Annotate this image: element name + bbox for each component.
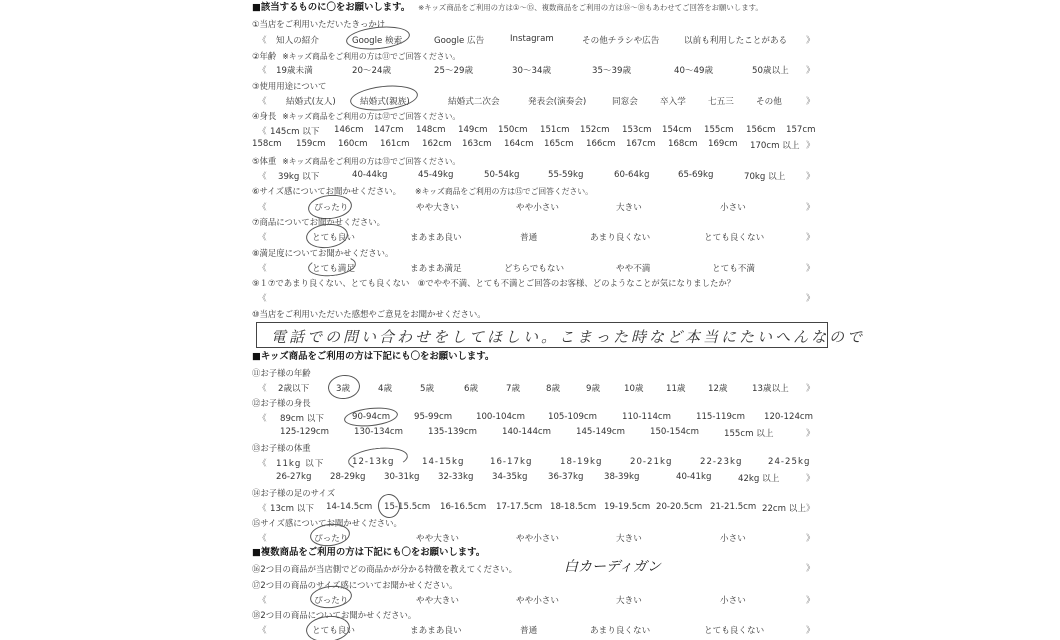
- q4-option[interactable]: 150cm: [498, 125, 528, 135]
- q6-option[interactable]: やや大きい: [416, 201, 459, 213]
- q12-label: ⑫お子様の身長: [252, 397, 311, 409]
- q18-option[interactable]: あまり良くない: [590, 624, 650, 636]
- q17-option[interactable]: やや大きい: [416, 594, 459, 606]
- q11-option[interactable]: 7歳: [506, 382, 520, 394]
- q4-option[interactable]: 158cm: [252, 139, 282, 149]
- q12-option[interactable]: 140-144cm: [502, 427, 551, 437]
- q5-option[interactable]: 40-44kg: [352, 170, 387, 180]
- bracket-close: 》: [806, 427, 815, 439]
- selection-circle: [327, 373, 361, 400]
- q12-option[interactable]: 89cm 以下: [280, 412, 324, 424]
- q3-option[interactable]: 結婚式(友人): [286, 95, 336, 107]
- q4-option[interactable]: 156cm: [746, 125, 776, 135]
- q3-option[interactable]: 同窓会: [612, 95, 638, 107]
- q4-note: ※キッズ商品をご利用の方は⑫でご回答ください。: [282, 112, 460, 121]
- q11-option[interactable]: 9歳: [586, 382, 600, 394]
- q3-label: ③使用用途について: [252, 80, 326, 92]
- q13-label: ⑬お子様の体重: [252, 442, 311, 454]
- q13-option[interactable]: 34-35kg: [492, 472, 527, 482]
- q13-option[interactable]: 26-27kg: [276, 472, 311, 482]
- q15-option[interactable]: やや大きい: [416, 532, 459, 544]
- q13-option[interactable]: 16-17kg: [490, 457, 532, 467]
- q5-option[interactable]: 70kg 以上: [744, 170, 785, 182]
- q6-option[interactable]: 大きい: [616, 201, 642, 213]
- q12-option[interactable]: 105-109cm: [548, 412, 597, 422]
- q3-option[interactable]: その他: [756, 95, 782, 107]
- q18-option[interactable]: 普通: [520, 624, 537, 636]
- q13-option[interactable]: 11kg 以下: [276, 457, 324, 469]
- q12-option[interactable]: 145-149cm: [576, 427, 625, 437]
- q4-option[interactable]: 154cm: [662, 125, 692, 135]
- q14-option[interactable]: 22cm 以上: [762, 502, 806, 514]
- q4-option[interactable]: 152cm: [580, 125, 610, 135]
- q2-title: ②年齢: [252, 51, 276, 61]
- q11-option[interactable]: 10歳: [624, 382, 644, 394]
- q4-option[interactable]: 148cm: [416, 125, 446, 135]
- q2-note: ※キッズ商品をご利用の方は⑪でご回答ください。: [282, 52, 460, 61]
- q13-options-row1: 《 11kg 以下 12-13kg 14-15kg 16-17kg 18-19k…: [252, 457, 814, 469]
- q4-option[interactable]: 162cm: [422, 139, 452, 149]
- q5-option[interactable]: 55-59kg: [548, 170, 583, 180]
- q4-option[interactable]: 163cm: [462, 139, 492, 149]
- q4-label: ④身長※キッズ商品をご利用の方は⑫でご回答ください。: [252, 110, 460, 123]
- q4-option[interactable]: 169cm: [708, 139, 738, 149]
- q4-options-row2: 158cm 159cm 160cm 161cm 162cm 163cm 164c…: [252, 139, 814, 151]
- q1-options: 《 知人の紹介 Google 検索 Google 広告 Instagram その…: [252, 34, 814, 46]
- bracket-open: 《: [258, 412, 267, 424]
- bracket-close: 》: [806, 201, 815, 213]
- q6-note: ※キッズ商品をご利用の方は⑮でご回答ください。: [415, 187, 593, 196]
- bracket-close: 》: [806, 624, 815, 636]
- bracket-close: 》: [806, 594, 815, 606]
- q13-option[interactable]: 40-41kg: [676, 472, 711, 482]
- selection-circle: [343, 405, 399, 429]
- q7-option[interactable]: あまり良くない: [590, 231, 650, 243]
- kids-section-header: ■キッズ商品をご利用の方は下記にも〇をお願いします。: [252, 351, 494, 363]
- q13-option[interactable]: 38-39kg: [604, 472, 639, 482]
- q2-option[interactable]: 35〜39歳: [592, 64, 631, 76]
- q5-option[interactable]: 50-54kg: [484, 170, 519, 180]
- q14-label: ⑭お子様の足のサイズ: [252, 487, 335, 499]
- bracket-close: 》: [806, 563, 815, 575]
- q13-option[interactable]: 22-23kg: [700, 457, 742, 467]
- q16-label: ⑯2つ目の商品が当店側でどの商品かが分かる特徴を教えてください。: [252, 563, 517, 575]
- q11-option[interactable]: 6歳: [464, 382, 478, 394]
- q14-option[interactable]: 18-18.5cm: [550, 502, 596, 512]
- q4-option[interactable]: 164cm: [504, 139, 534, 149]
- q17-option[interactable]: やや小さい: [516, 594, 559, 606]
- q15-option[interactable]: 大きい: [616, 532, 642, 544]
- q4-title: ④身長: [252, 111, 276, 121]
- bracket-open: 《: [258, 292, 267, 304]
- bracket-open: 《: [258, 624, 267, 636]
- q11-label: ⑪お子様の年齢: [252, 367, 311, 379]
- bracket-close: 》: [806, 532, 815, 544]
- survey-sheet: ■該当するものに〇をお願いします。※キッズ商品をご利用の方は①〜⑮、複数商品をご…: [252, 0, 832, 640]
- q14-options: 《 13cm 以下 14-14.5cm 15-15.5cm 16-16.5cm …: [252, 502, 814, 514]
- q14-option[interactable]: 20-20.5cm: [656, 502, 702, 512]
- q7-option[interactable]: とても良くない: [704, 231, 764, 243]
- q14-option[interactable]: 19-19.5cm: [604, 502, 650, 512]
- q8-option[interactable]: とても不満: [712, 262, 755, 274]
- q1-option[interactable]: 知人の紹介: [276, 34, 319, 46]
- bracket-open: 《: [258, 201, 267, 213]
- q4-option[interactable]: 153cm: [622, 125, 652, 135]
- bracket-open: 《: [258, 34, 267, 46]
- q17-option[interactable]: 小さい: [720, 594, 746, 606]
- bracket-open: 《: [258, 532, 267, 544]
- q4-option[interactable]: 159cm: [296, 139, 326, 149]
- q2-option[interactable]: 25〜29歳: [434, 64, 473, 76]
- q11-option[interactable]: 2歳以下: [278, 382, 309, 394]
- q11-option[interactable]: 13歳以上: [752, 382, 789, 394]
- q11-option[interactable]: 12歳: [708, 382, 728, 394]
- q11-option[interactable]: 8歳: [546, 382, 560, 394]
- q14-option[interactable]: 17-17.5cm: [496, 502, 542, 512]
- q1-option[interactable]: Google 広告: [434, 34, 484, 46]
- q12-option[interactable]: 115-119cm: [696, 412, 745, 422]
- q13-option[interactable]: 18-19kg: [560, 457, 602, 467]
- q12-option[interactable]: 135-139cm: [428, 427, 477, 437]
- q15-option[interactable]: 小さい: [720, 532, 746, 544]
- bracket-open: 《: [258, 502, 267, 514]
- q12-options-row1: 《 89cm 以下 90-94cm 95-99cm 100-104cm 105-…: [252, 412, 814, 424]
- bracket-close: 》: [806, 262, 815, 274]
- q13-option[interactable]: 36-37kg: [548, 472, 583, 482]
- q10-answer-box[interactable]: 電話での問い合わせをしてほしい。こまった時など本当にたいへんなので: [256, 322, 828, 348]
- q4-option[interactable]: 155cm: [704, 125, 734, 135]
- q4-option[interactable]: 147cm: [374, 125, 404, 135]
- bracket-close: 》: [806, 95, 815, 107]
- q2-label: ②年齢※キッズ商品をご利用の方は⑪でご回答ください。: [252, 50, 460, 63]
- q11-option[interactable]: 4歳: [378, 382, 392, 394]
- q3-option[interactable]: 七五三: [708, 95, 734, 107]
- q8-option[interactable]: どちらでもない: [504, 262, 564, 274]
- q4-option[interactable]: 146cm: [334, 125, 364, 135]
- q13-options-row2: 26-27kg 28-29kg 30-31kg 32-33kg 34-35kg …: [252, 472, 814, 484]
- q13-option[interactable]: 20-21kg: [630, 457, 672, 467]
- q13-option[interactable]: 14-15kg: [422, 457, 464, 467]
- q3-option[interactable]: 結婚式二次会: [448, 95, 500, 107]
- q10-handwritten-answer: 電話での問い合わせをしてほしい。こまった時など本当にたいへんなので: [271, 326, 865, 347]
- q11-option[interactable]: 5歳: [420, 382, 434, 394]
- q17-option[interactable]: 大きい: [616, 594, 642, 606]
- q5-option[interactable]: 45-49kg: [418, 170, 453, 180]
- q4-option[interactable]: 170cm 以上: [750, 139, 799, 151]
- q5-option[interactable]: 60-64kg: [614, 170, 649, 180]
- q2-option[interactable]: 40〜49歳: [674, 64, 713, 76]
- q4-options-row1: 《 145cm 以下 146cm 147cm 148cm 149cm 150cm…: [252, 125, 814, 137]
- q4-option[interactable]: 166cm: [586, 139, 616, 149]
- bracket-close: 》: [806, 382, 815, 394]
- q3-option[interactable]: 発表会(演奏会): [528, 95, 586, 107]
- q4-option[interactable]: 167cm: [626, 139, 656, 149]
- q1-option[interactable]: 以前も利用したことがある: [684, 34, 787, 46]
- bracket-open: 《: [258, 125, 267, 137]
- q2-options: 《 19歳未満 20〜24歳 25〜29歳 30〜34歳 35〜39歳 40〜4…: [252, 64, 814, 76]
- q16-handwritten-answer[interactable]: 白カーディガン: [564, 556, 661, 576]
- bracket-close: 》: [806, 139, 815, 151]
- q8-option[interactable]: まあまあ満足: [410, 262, 462, 274]
- bracket-open: 《: [258, 170, 267, 182]
- bracket-open: 《: [258, 64, 267, 76]
- q4-option[interactable]: 168cm: [668, 139, 698, 149]
- q12-option[interactable]: 150-154cm: [650, 427, 699, 437]
- q11-option[interactable]: 11歳: [666, 382, 686, 394]
- q17-label: ⑰2つ目の商品のサイズ感についてお聞かせください。: [252, 579, 458, 591]
- q13-option[interactable]: 24-25kg: [768, 457, 810, 467]
- q18-option[interactable]: まあまあ良い: [410, 624, 462, 636]
- q5-note: ※キッズ商品をご利用の方は⑬でご回答ください。: [282, 157, 460, 166]
- bracket-close: 》: [806, 472, 815, 484]
- q14-option[interactable]: 13cm 以下: [270, 502, 314, 514]
- q4-option[interactable]: 145cm 以下: [270, 125, 319, 137]
- multi-section-header: ■複数商品をご利用の方は下記にも〇をお願いします。: [252, 547, 485, 559]
- q4-option[interactable]: 165cm: [544, 139, 574, 149]
- bracket-open: 《: [258, 231, 267, 243]
- q13-option[interactable]: 42kg 以上: [738, 472, 779, 484]
- q7-option[interactable]: まあまあ良い: [410, 231, 462, 243]
- q7-option[interactable]: 普通: [520, 231, 537, 243]
- selection-circle: [349, 83, 419, 114]
- q3-option[interactable]: 卒入学: [660, 95, 686, 107]
- q2-option[interactable]: 20〜24歳: [352, 64, 391, 76]
- q14-option[interactable]: 14-14.5cm: [326, 502, 372, 512]
- q13-option[interactable]: 32-33kg: [438, 472, 473, 482]
- q12-option[interactable]: 130-134cm: [354, 427, 403, 437]
- bracket-close: 》: [806, 292, 815, 304]
- q12-option[interactable]: 110-114cm: [622, 412, 671, 422]
- q18-option[interactable]: とても良くない: [704, 624, 764, 636]
- q12-option[interactable]: 155cm 以上: [724, 427, 773, 439]
- q15-option[interactable]: やや小さい: [516, 532, 559, 544]
- q1-option[interactable]: その他チラシや広告: [582, 34, 659, 46]
- bracket-open: 《: [258, 382, 267, 394]
- q6-option[interactable]: やや小さい: [516, 201, 559, 213]
- q12-options-row2: 125-129cm 130-134cm 135-139cm 140-144cm …: [252, 427, 814, 439]
- q14-option[interactable]: 16-16.5cm: [440, 502, 486, 512]
- q5-option[interactable]: 39kg 以下: [278, 170, 319, 182]
- bracket-open: 《: [258, 594, 267, 606]
- q12-option[interactable]: 120-124cm: [764, 412, 813, 422]
- q2-option[interactable]: 50歳以上: [752, 64, 789, 76]
- q4-option[interactable]: 161cm: [380, 139, 410, 149]
- q4-option[interactable]: 157cm: [786, 125, 816, 135]
- q5-label: ⑤体重※キッズ商品をご利用の方は⑬でご回答ください。: [252, 155, 460, 168]
- bracket-open: 《: [258, 457, 267, 469]
- q13-option[interactable]: 30-31kg: [384, 472, 419, 482]
- bracket-close: 》: [806, 170, 815, 182]
- selection-circle: [377, 493, 401, 519]
- q12-option[interactable]: 100-104cm: [476, 412, 525, 422]
- header-title: ■該当するものに〇をお願いします。: [252, 2, 410, 13]
- bracket-open: 《: [258, 95, 267, 107]
- bracket-close: 》: [806, 231, 815, 243]
- q1-option[interactable]: Instagram: [510, 34, 554, 44]
- header-note: ※キッズ商品をご利用の方は①〜⑮、複数商品をご利用の方は⑯〜⑱もあわせてご回答を…: [418, 3, 763, 12]
- q4-option[interactable]: 151cm: [540, 125, 570, 135]
- q12-option[interactable]: 125-129cm: [280, 427, 329, 437]
- bracket-close: 》: [806, 34, 815, 46]
- q13-option[interactable]: 28-29kg: [330, 472, 365, 482]
- q6-label: ⑥サイズ感についてお聞かせください。※キッズ商品をご利用の方は⑮でご回答ください…: [252, 185, 593, 198]
- q12-option[interactable]: 95-99cm: [414, 412, 452, 422]
- q9-answer-field[interactable]: [282, 292, 782, 304]
- q5-title: ⑤体重: [252, 156, 276, 166]
- q14-option[interactable]: 21-21.5cm: [710, 502, 756, 512]
- q5-options: 《 39kg 以下 40-44kg 45-49kg 50-54kg 55-59k…: [252, 170, 814, 182]
- q2-option[interactable]: 19歳未満: [276, 64, 313, 76]
- q3-options: 《 結婚式(友人) 結婚式(親族) 結婚式二次会 発表会(演奏会) 同窓会 卒入…: [252, 95, 814, 107]
- q9-answer-row: 《 》: [252, 292, 814, 304]
- q6-option[interactable]: 小さい: [720, 201, 746, 213]
- survey-header: ■該当するものに〇をお願いします。※キッズ商品をご利用の方は①〜⑮、複数商品をご…: [252, 2, 763, 14]
- bracket-open: 《: [258, 262, 267, 274]
- q10-label: ⑩当店をご利用いただいた感想やご意見をお聞かせください。: [252, 308, 486, 320]
- q9-label: ⑨１⑦であまり良くない、とても良くない ⑧でやや不満、とても不満とご回答のお客様…: [252, 277, 735, 289]
- q5-option[interactable]: 65-69kg: [678, 170, 713, 180]
- q8-option[interactable]: やや不満: [616, 262, 650, 274]
- bracket-close: 》: [806, 502, 815, 514]
- bracket-close: 》: [806, 64, 815, 76]
- q2-option[interactable]: 30〜34歳: [512, 64, 551, 76]
- q4-option[interactable]: 160cm: [338, 139, 368, 149]
- q4-option[interactable]: 149cm: [458, 125, 488, 135]
